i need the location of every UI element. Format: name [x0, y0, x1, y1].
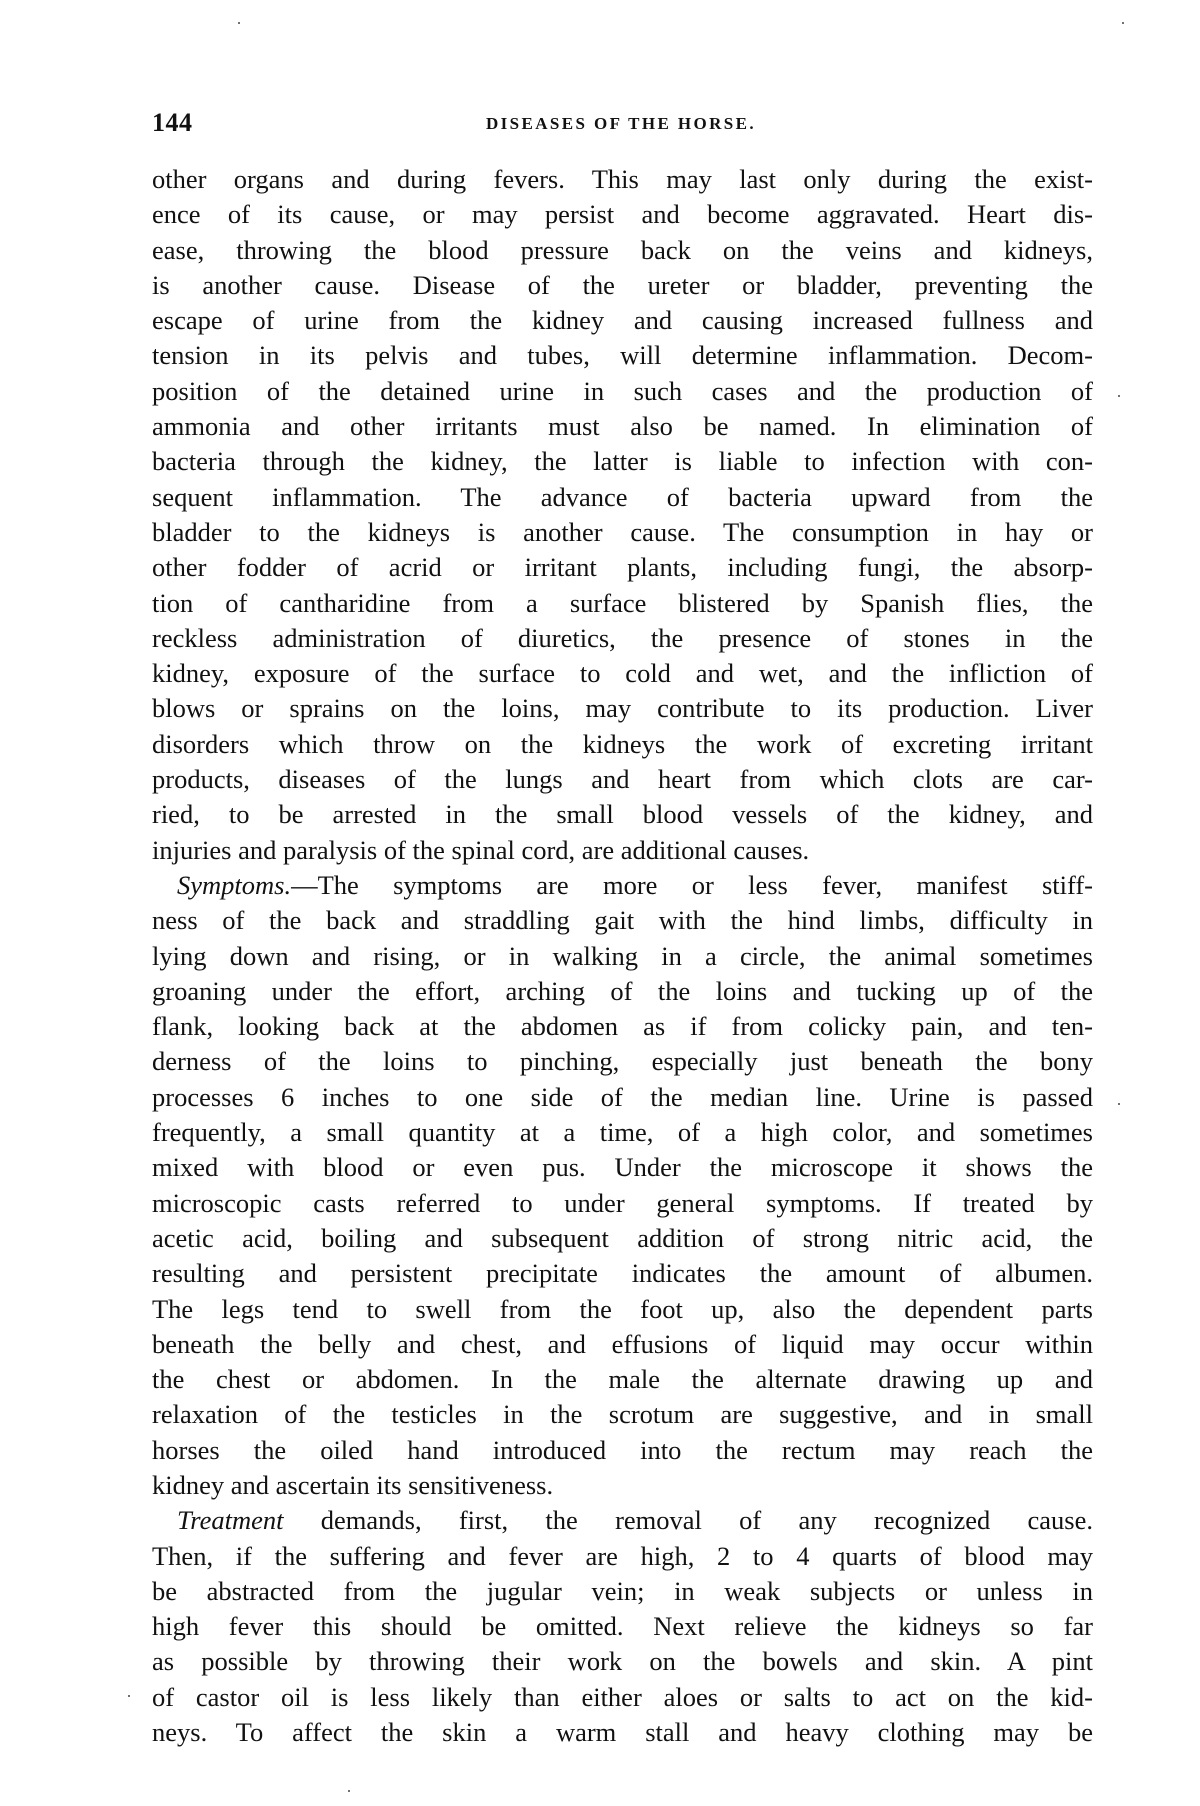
section-heading-treatment: Treatment [177, 1505, 284, 1535]
text-line: other organs and during fevers. This may… [152, 162, 1093, 197]
text-line: ence of its cause, or may persist and be… [152, 197, 1093, 232]
scan-speck [238, 22, 240, 24]
text-line: lying down and rising, or in walking in … [152, 939, 1093, 974]
text-line: horses the oiled hand introduced into th… [152, 1433, 1093, 1468]
paragraph-symptoms: Symptoms.—The symptoms are more or less … [152, 868, 1093, 1503]
text-line: injuries and paralysis of the spinal cor… [152, 833, 1093, 868]
text-line: tion of cantharidine from a surface blis… [152, 586, 1093, 621]
body-text: other organs and during fevers. This may… [152, 162, 1093, 1750]
scan-speck [348, 1790, 350, 1792]
running-title: DISEASES OF THE HORSE. [448, 108, 794, 140]
text-line: Treatment demands, first, the removal of… [152, 1503, 1093, 1538]
text-line: position of the detained urine in such c… [152, 374, 1093, 409]
text-line: sequent inflammation. The advance of bac… [152, 480, 1093, 515]
text-line: resulting and persistent precipitate ind… [152, 1256, 1093, 1291]
paragraph-treatment: Treatment demands, first, the removal of… [152, 1503, 1093, 1750]
text-line: the chest or abdomen. In the male the al… [152, 1362, 1093, 1397]
text-run: demands, first, the removal of any recog… [284, 1505, 1094, 1535]
text-line: escape of urine from the kidney and caus… [152, 303, 1093, 338]
text-line: reckless administration of diuretics, th… [152, 621, 1093, 656]
text-line: microscopic casts referred to under gene… [152, 1186, 1093, 1221]
text-line: beneath the belly and chest, and effusio… [152, 1327, 1093, 1362]
text-line: The legs tend to swell from the foot up,… [152, 1292, 1093, 1327]
paragraph-causes: other organs and during fevers. This may… [152, 162, 1093, 868]
text-line: derness of the loins to pinching, especi… [152, 1044, 1093, 1079]
text-line: is another cause. Disease of the ureter … [152, 268, 1093, 303]
book-page: 144 DISEASES OF THE HORSE. other organs … [0, 0, 1200, 1806]
text-line: Then, if the suffering and fever are hig… [152, 1539, 1093, 1574]
text-line: ness of the back and straddling gait wit… [152, 903, 1093, 938]
text-line: flank, looking back at the abdomen as if… [152, 1009, 1093, 1044]
text-line: relaxation of the testicles in the scrot… [152, 1397, 1093, 1432]
text-line: bladder to the kidneys is another cause.… [152, 515, 1093, 550]
text-line: ease, throwing the blood pressure back o… [152, 233, 1093, 268]
scan-speck [1118, 395, 1120, 397]
text-line: Symptoms.—The symptoms are more or less … [152, 868, 1093, 903]
section-heading-symptoms: Symptoms. [177, 870, 291, 900]
page-number: 144 [152, 106, 193, 140]
text-line: tension in its pelvis and tubes, will de… [152, 338, 1093, 373]
text-line: products, diseases of the lungs and hear… [152, 762, 1093, 797]
text-line: acetic acid, boiling and subsequent addi… [152, 1221, 1093, 1256]
text-line: groaning under the effort, arching of th… [152, 974, 1093, 1009]
text-run: —The symptoms are more or less fever, ma… [291, 870, 1093, 900]
scan-speck [128, 1695, 130, 1697]
running-head: 144 DISEASES OF THE HORSE. [152, 106, 1093, 140]
text-line: mixed with blood or even pus. Under the … [152, 1150, 1093, 1185]
text-line: frequently, a small quantity at a time, … [152, 1115, 1093, 1150]
text-line: of castor oil is less likely than either… [152, 1680, 1093, 1715]
text-line: high fever this should be omitted. Next … [152, 1609, 1093, 1644]
text-line: blows or sprains on the loins, may contr… [152, 691, 1093, 726]
text-line: as possible by throwing their work on th… [152, 1644, 1093, 1679]
text-line: kidney, exposure of the surface to cold … [152, 656, 1093, 691]
text-line: other fodder of acrid or irritant plants… [152, 550, 1093, 585]
text-line: disorders which throw on the kidneys the… [152, 727, 1093, 762]
scan-speck [1118, 1103, 1120, 1105]
text-line: be abstracted from the jugular vein; in … [152, 1574, 1093, 1609]
text-line: ammonia and other irritants must also be… [152, 409, 1093, 444]
text-line: ried, to be arrested in the small blood … [152, 797, 1093, 832]
text-line: bacteria through the kidney, the latter … [152, 444, 1093, 479]
text-line: kidney and ascertain its sensitiveness. [152, 1468, 1093, 1503]
text-line: neys. To affect the skin a warm stall an… [152, 1715, 1093, 1750]
text-line: processes 6 inches to one side of the me… [152, 1080, 1093, 1115]
scan-speck [1122, 22, 1124, 24]
